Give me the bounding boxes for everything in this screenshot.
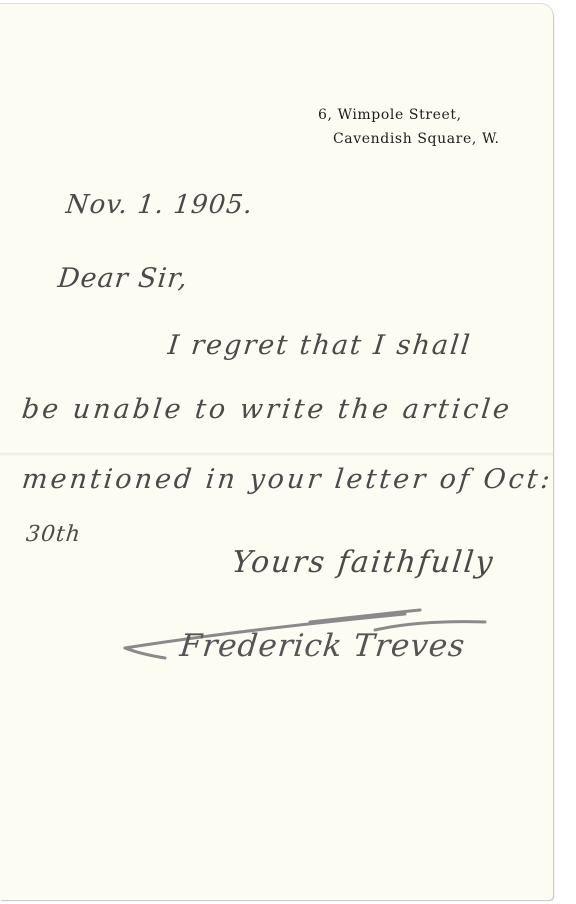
- signature: Frederick Treves: [178, 628, 467, 664]
- letterhead-square: Cavendish Square, W.: [333, 131, 500, 147]
- body-line-4: 30th: [25, 522, 83, 547]
- letterhead-street: 6, Wimpole Street,: [318, 107, 462, 123]
- body-line-3: mentioned in your letter of Oct:: [20, 464, 554, 495]
- salutation: Dear Sir,: [56, 263, 189, 294]
- paper-fold-line: [0, 452, 553, 456]
- body-line-1: I regret that I shall: [166, 330, 473, 361]
- letter-date: Nov. 1. 1905.: [64, 190, 254, 220]
- body-line-2: be unable to write the article: [20, 394, 513, 425]
- closing: Yours faithfully: [230, 545, 496, 580]
